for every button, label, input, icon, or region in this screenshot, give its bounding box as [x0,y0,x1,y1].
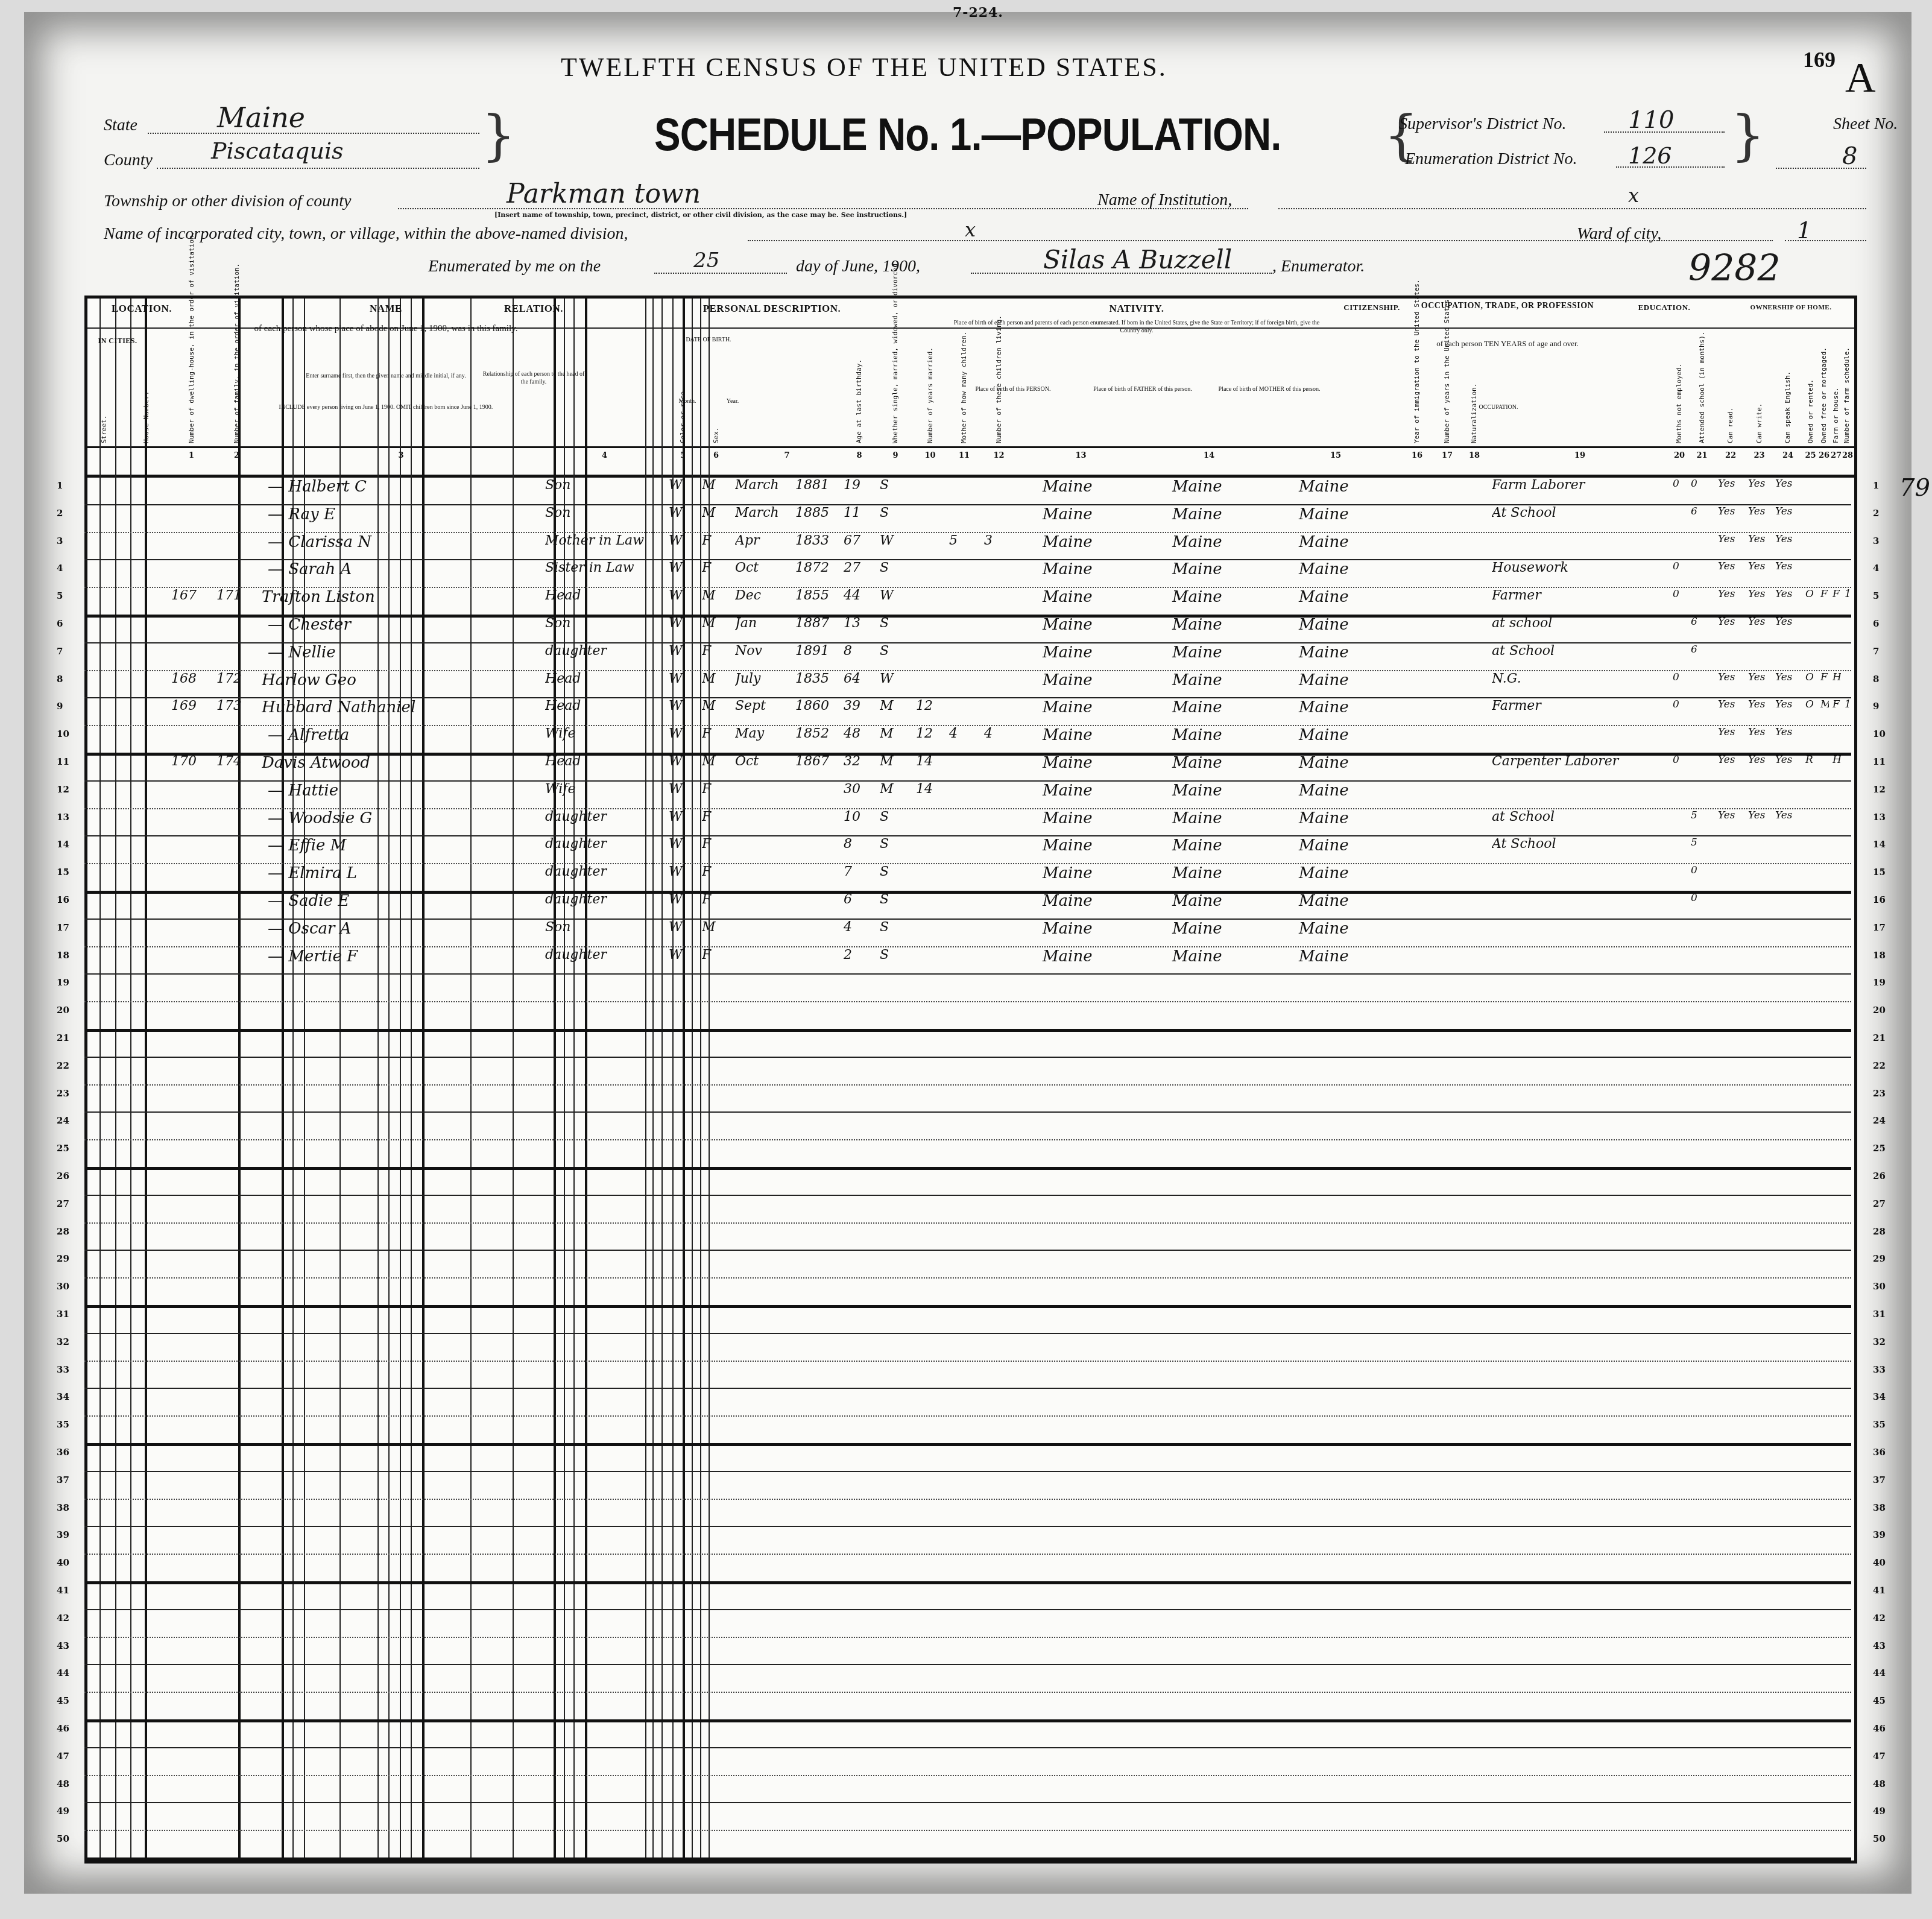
cell-english: Yes [1775,533,1802,545]
column-number: 20 [1670,451,1688,460]
cell-school: 5 [1691,809,1714,821]
cell-months-unemp: 0 [1673,588,1687,600]
sheet-letter: A [1845,54,1876,103]
line-number: 12 [1873,784,1886,795]
cell-month: March [735,478,792,493]
line-number: 27 [57,1198,69,1209]
cell-occupation: At School [1492,836,1669,852]
cell-pob-mother: Maine [1275,864,1422,882]
cell-pob-mother: Maine [1275,533,1422,551]
table-row [84,973,1851,1002]
table-row [84,1692,1851,1722]
cell-pob: Maine [1018,698,1169,716]
cell-sex: F [702,533,731,548]
cell-occupation: at School [1492,643,1669,659]
line-number: 5 [57,590,63,601]
cell-pob-father: Maine [1148,920,1295,938]
ward-value: 1 [1797,217,1811,244]
cell-age: 13 [844,616,876,631]
state-line [148,133,479,134]
cell-sex: F [702,809,731,824]
cell-sex: F [702,864,731,879]
cell-dwelling: 168 [171,671,213,686]
cell-write: Yes [1748,505,1772,517]
cell-pob-father: Maine [1148,892,1295,910]
cell-pob-mother: Maine [1275,478,1422,496]
sheet-value: 8 [1842,142,1857,170]
cell-mother-of: 5 [949,533,980,548]
line-number: 32 [1873,1336,1886,1347]
cell-owned: R [1805,754,1817,766]
cell-relation: Mother in Law [545,533,665,548]
cell-mother-of: 4 [949,726,980,741]
cell-sex: F [702,643,731,659]
table-row: — HattieWifeWF30M14MaineMaineMaine [84,780,1851,809]
cell-years-married: 12 [916,726,945,741]
cell-age: 67 [844,533,876,548]
table-row [84,1222,1851,1251]
table-row [84,1057,1851,1086]
cell-age: 48 [844,726,876,741]
cell-pob-mother: Maine [1275,726,1422,744]
cell-pob: Maine [1018,616,1169,634]
cell-english: Yes [1775,754,1802,766]
table-row [84,1111,1851,1140]
township-label: Township or other division of county [104,192,351,211]
cell-age: 6 [844,892,876,907]
header-brace: } [481,109,516,163]
table-row [84,1775,1851,1804]
cell-occupation: at School [1492,809,1669,824]
city-value: x [965,218,976,241]
table-row [84,1001,1851,1032]
cell-read: Yes [1718,671,1744,683]
line-number: 21 [57,1032,69,1043]
cell-relation: daughter [545,947,665,963]
column-number: 4 [543,451,666,460]
form-number: 7-224. [953,5,1003,21]
cell-month: Oct [735,754,792,769]
line-number: 13 [1873,812,1886,823]
cell-pob-mother: Maine [1275,616,1422,634]
cell-marital: M [880,726,912,741]
cell-pob: Maine [1018,505,1169,523]
cell-pob-father: Maine [1148,588,1295,606]
table-row: 167171Trafton ListonHeadWMDec185544WMain… [84,587,1851,618]
cell-sex: M [702,698,731,713]
table-row: — NelliedaughterWFNov18918SMaineMaineMai… [84,642,1851,671]
cell-sex: M [702,671,731,686]
cell-pob: Maine [1018,726,1169,744]
line-number: 41 [1873,1585,1886,1596]
cell-write: Yes [1748,671,1772,683]
cell-color: W [669,726,698,741]
line-number: 6 [57,618,63,629]
line-number: 37 [57,1475,69,1485]
enumeration-value: 126 [1628,142,1672,169]
cell-free: F [1820,588,1829,600]
cell-pob-mother: Maine [1275,920,1422,938]
column-number: 16 [1399,451,1435,460]
cell-relation: daughter [545,836,665,852]
cell-owned: O [1805,588,1817,600]
cell-write: Yes [1748,616,1772,628]
column-number: 8 [841,451,877,460]
cell-name: — Halbert C [262,478,548,496]
cell-occupation: Farmer [1492,588,1669,603]
line-number: 30 [57,1281,69,1292]
cell-pob-father: Maine [1148,698,1295,716]
cell-year: 1860 [795,698,840,713]
line-number: 16 [57,894,69,905]
cell-english: Yes [1775,478,1802,490]
cell-read: Yes [1718,698,1744,710]
cell-pob: Maine [1018,643,1169,662]
table-row: 168172Harlow GeoHeadWMJuly183564WMaineMa… [84,670,1851,699]
cell-year: 1835 [795,671,840,686]
cell-pob: Maine [1018,560,1169,578]
cell-month: Apr [735,533,792,548]
line-number: 40 [57,1557,69,1568]
column-number: 12 [982,451,1016,460]
cell-pob-father: Maine [1148,560,1295,578]
line-number: 3 [1873,536,1879,546]
cell-month: Sept [735,698,792,713]
cell-sex: M [702,616,731,631]
line-number: 48 [57,1778,69,1789]
cell-age: 44 [844,588,876,603]
cell-marital: S [880,505,912,520]
table-row [84,1664,1851,1693]
cell-age: 39 [844,698,876,713]
line-number: 27 [1873,1198,1886,1209]
cell-occupation: At School [1492,505,1669,520]
line-number: 25 [1873,1143,1886,1154]
cell-name: — Clarissa N [262,533,548,551]
line-number: 45 [1873,1695,1886,1706]
cell-pob: Maine [1018,533,1169,551]
cell-name: — Woodsie G [262,809,548,827]
cell-read: Yes [1718,533,1744,545]
line-number: 17 [1873,922,1886,933]
table-row [84,1609,1851,1638]
cell-sex: M [702,505,731,520]
cell-pob: Maine [1018,947,1169,966]
cell-pob: Maine [1018,864,1169,882]
state-value: Maine [217,101,305,134]
line-number: 31 [1873,1309,1886,1320]
line-number: 29 [1873,1253,1886,1264]
column-number: 1 [169,451,214,460]
cell-relation: daughter [545,643,665,659]
line-number: 36 [57,1447,69,1458]
cell-age: 8 [844,836,876,852]
table-row: — Sadie EdaughterWF6SMaineMaineMaine0 [84,891,1851,920]
cell-marital: S [880,478,912,493]
cell-month: Dec [735,588,792,603]
table-body: — Halbert CSonWMMarch188119SMaineMaineMa… [84,476,1851,1857]
cell-dwelling: 169 [171,698,213,713]
line-number: 40 [1873,1557,1886,1568]
cell-pob: Maine [1018,478,1169,496]
column-number: 25 [1803,451,1818,460]
line-number: 5 [1873,590,1879,601]
table-row [84,1195,1851,1224]
cell-year: 1885 [795,505,840,520]
cell-write: Yes [1748,726,1772,738]
table-row [84,1139,1851,1170]
cell-month: Jan [735,616,792,631]
line-number: 21 [1873,1032,1886,1043]
cell-name: — Elmira L [262,864,548,882]
line-number: 35 [1873,1419,1886,1430]
cell-write: Yes [1748,698,1772,710]
cell-sex: M [702,754,731,769]
line-number: 20 [57,1005,69,1016]
line-number: 50 [57,1833,69,1844]
table-row: — Sarah ASister in LawWFOct187227SMaineM… [84,559,1851,588]
line-number: 4 [1873,563,1879,574]
table-row: — AlfrettaWifeWFMay185248M1244MaineMaine… [84,725,1851,756]
cell-sex: M [702,920,731,935]
line-number: 48 [1873,1778,1886,1789]
line-number: 34 [1873,1391,1886,1402]
left-line-numbers: 1234567891011121314151617181920212223242… [48,475,78,1862]
cell-marital: M [880,754,912,769]
cell-relation: Wife [545,726,665,741]
cell-children-living: 3 [984,533,1015,548]
column-number: 23 [1746,451,1773,460]
cell-relation: Head [545,754,665,769]
line-number: 18 [57,950,69,961]
cell-farm: F [1833,588,1841,600]
line-number: 8 [57,674,63,684]
cell-relation: daughter [545,809,665,824]
table-row [84,1361,1851,1389]
column-number: 28 [1842,451,1851,460]
supervisor-label: Supervisor's District No. [1399,115,1566,134]
cell-farm: H [1833,754,1841,766]
cell-name: — Sadie E [262,892,548,910]
line-number: 3 [57,536,63,546]
enumerator-name: Silas A Buzzell [1043,245,1232,274]
line-number: 2 [1873,508,1879,519]
line-number: 30 [1873,1281,1886,1292]
table-row [84,1250,1851,1279]
table-row [84,1637,1851,1666]
line-number: 22 [57,1060,69,1071]
cell-pob-mother: Maine [1275,698,1422,716]
cell-years-married: 14 [916,754,945,769]
cell-occupation: at school [1492,616,1669,631]
cell-pob-father: Maine [1148,643,1295,662]
cell-sex: F [702,947,731,963]
cell-name: — Oscar A [262,920,548,938]
column-number: 2 [214,451,259,460]
cell-marital: S [880,947,912,963]
column-number: 26 [1818,451,1830,460]
line-number: 28 [57,1226,69,1237]
line-number: 25 [57,1143,69,1154]
column-number: 21 [1688,451,1716,460]
table-row: — Ray ESonWMMarch188511SMaineMaineMaineA… [84,504,1851,533]
cell-color: W [669,616,698,631]
cell-read: Yes [1718,616,1744,628]
cell-year: 1852 [795,726,840,741]
line-number: 39 [57,1529,69,1540]
county-line [157,168,479,169]
cell-write: Yes [1748,588,1772,600]
cell-occupation: Farmer [1492,698,1669,713]
cell-pob-father: Maine [1148,671,1295,689]
column-number: 11 [947,451,982,460]
cell-color: W [669,505,698,520]
cell-name: — Sarah A [262,560,548,578]
census-title: TWELFTH CENSUS OF THE UNITED STATES. [561,52,1167,83]
cell-write: Yes [1748,560,1772,572]
table-row [84,1415,1851,1446]
cell-marital: M [880,698,912,713]
line-number: 47 [57,1751,69,1762]
cell-write: Yes [1748,809,1772,821]
column-number: 13 [1016,451,1146,460]
cell-pob: Maine [1018,754,1169,772]
cell-family: 174 [216,754,258,769]
cell-marital: W [880,671,912,686]
enumerated-suffix: day of June, 1900, [796,257,920,276]
cell-year: 1867 [795,754,840,769]
line-number: 7 [57,646,63,657]
line-number: 49 [57,1806,69,1816]
line-number: 2 [57,508,63,519]
cell-color: W [669,698,698,713]
cell-age: 32 [844,754,876,769]
column-number: 22 [1716,451,1746,460]
line-number: 10 [1873,729,1886,739]
table-row: — Effie MdaughterWF8SMaineMaineMaineAt S… [84,835,1851,864]
cell-relation: daughter [545,892,665,907]
cell-age: 2 [844,947,876,963]
cell-name: — Ray E [262,505,548,523]
column-numbers: 1234567891011121314151617181920212223242… [84,296,1851,476]
enumerated-day-line [654,273,787,274]
cell-color: W [669,782,698,797]
table-row: 169173Hubbard NathanielHeadWMSept186039M… [84,697,1851,726]
cell-relation: Head [545,588,665,603]
line-number: 38 [57,1502,69,1513]
cell-english: Yes [1775,616,1802,628]
line-number: 49 [1873,1806,1886,1816]
table-row: — Elmira LdaughterWF7SMaineMaineMaine0 [84,863,1851,894]
cell-pob-father: Maine [1148,809,1295,827]
line-number: 15 [1873,867,1886,877]
cell-years-married: 14 [916,782,945,797]
cell-pob-mother: Maine [1275,505,1422,523]
stamp-number: 9282 [1688,247,1781,289]
cell-age: 4 [844,920,876,935]
cell-relation: daughter [545,864,665,879]
cell-family: 173 [216,698,258,713]
column-number: 6 [699,451,733,460]
cell-month: July [735,671,792,686]
line-number: 42 [57,1613,69,1623]
cell-family: 171 [216,588,258,603]
cell-month: May [735,726,792,741]
cell-pob: Maine [1018,809,1169,827]
line-number: 9 [1873,701,1879,712]
line-number: 13 [57,812,69,823]
line-number: 36 [1873,1447,1886,1458]
cell-month: March [735,505,792,520]
line-number: 7 [1873,646,1879,657]
table-row: — Mertie FdaughterWF2SMaineMaineMaine [84,946,1851,975]
table-row [84,1802,1851,1831]
line-number: 47 [1873,1751,1886,1762]
table-row: — Oscar ASonWM4SMaineMaineMaine [84,918,1851,947]
line-number: 8 [1873,674,1879,684]
cell-age: 8 [844,643,876,659]
cell-marital: S [880,864,912,879]
cell-color: W [669,643,698,659]
line-number: 4 [57,563,63,574]
line-number: 20 [1873,1005,1886,1016]
cell-free: M [1820,698,1829,710]
line-number: 9 [57,701,63,712]
line-number: 39 [1873,1529,1886,1540]
cell-marital: S [880,643,912,659]
line-number: 32 [57,1336,69,1347]
cell-pob-mother: Maine [1275,947,1422,966]
column-number: 24 [1773,451,1803,460]
cell-marital: S [880,809,912,824]
cell-color: W [669,671,698,686]
cell-write: Yes [1748,478,1772,490]
line-number: 16 [1873,894,1886,905]
cell-color: W [669,809,698,824]
table-row [84,1526,1851,1555]
enumerated-prefix: Enumerated by me on the [428,257,601,276]
table-row [84,1084,1851,1113]
cell-months-unemp: 0 [1673,478,1687,490]
cell-english: Yes [1775,726,1802,738]
cell-owned: O [1805,698,1817,710]
cell-pob-father: Maine [1148,616,1295,634]
cell-relation: Son [545,478,665,493]
cell-color: W [669,588,698,603]
line-number: 10 [57,729,69,739]
cell-marital: W [880,533,912,548]
cell-name: Trafton Liston [262,588,541,606]
cell-pob-mother: Maine [1275,892,1422,910]
cell-read: Yes [1718,588,1744,600]
line-number: 19 [1873,977,1886,988]
cell-owned: O [1805,671,1817,683]
cell-write: Yes [1748,754,1772,766]
line-number: 11 [57,756,69,767]
cell-school: 6 [1691,643,1714,656]
line-number: 41 [57,1585,69,1596]
line-number: 34 [57,1391,69,1402]
cell-months-unemp: 0 [1673,754,1687,766]
line-number: 31 [57,1309,69,1320]
cell-english: Yes [1775,809,1802,821]
table-row [84,1719,1851,1748]
line-number: 24 [1873,1115,1886,1126]
cell-family: 172 [216,671,258,686]
cell-read: Yes [1718,754,1744,766]
cell-school: 6 [1691,505,1714,517]
column-number: 9 [877,451,914,460]
